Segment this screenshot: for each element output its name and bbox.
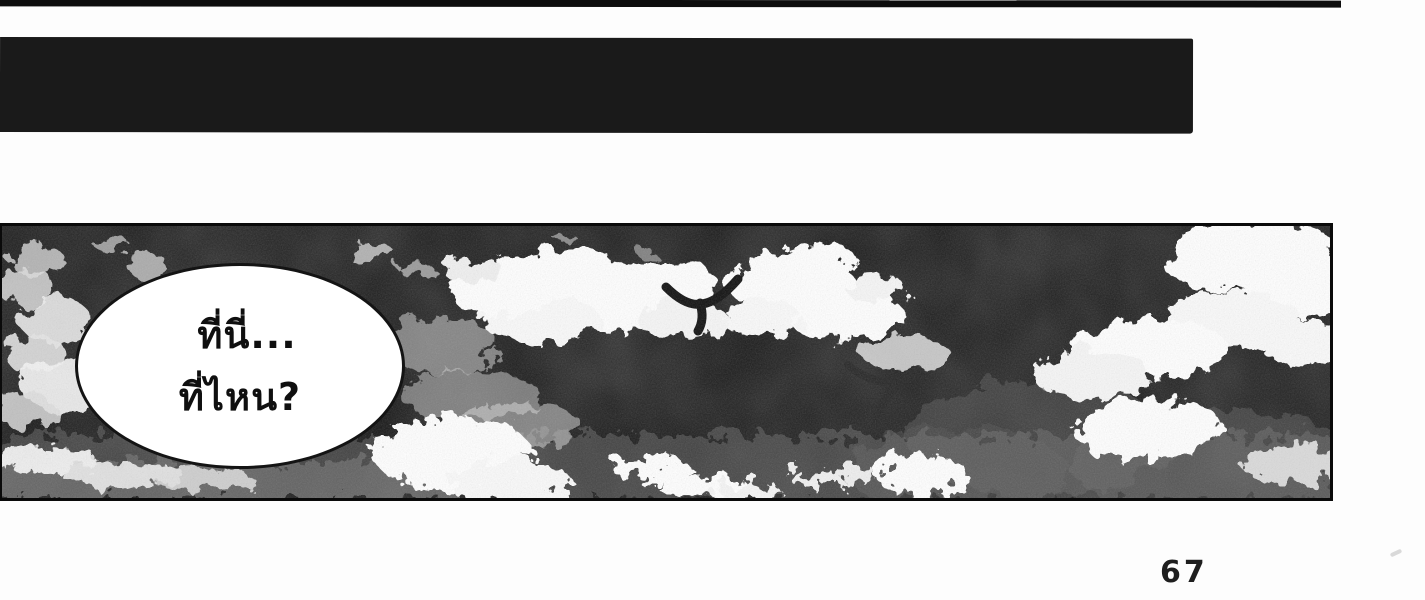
comic-page: { "page": { "number": "67", "background_… <box>0 0 1425 600</box>
black-title-banner <box>0 37 1193 134</box>
top-trim-bar <box>0 0 1341 8</box>
manga-panel: ที่นี่... ที่ไหน? <box>0 223 1333 501</box>
speech-bubble: ที่นี่... ที่ไหน? <box>75 263 405 469</box>
scan-smudge <box>1390 549 1403 558</box>
speech-bubble-line-1: ที่นี่... <box>183 304 296 366</box>
page-number: 67 <box>1160 555 1208 590</box>
speech-bubble-line-2: ที่ไหน? <box>179 366 301 428</box>
